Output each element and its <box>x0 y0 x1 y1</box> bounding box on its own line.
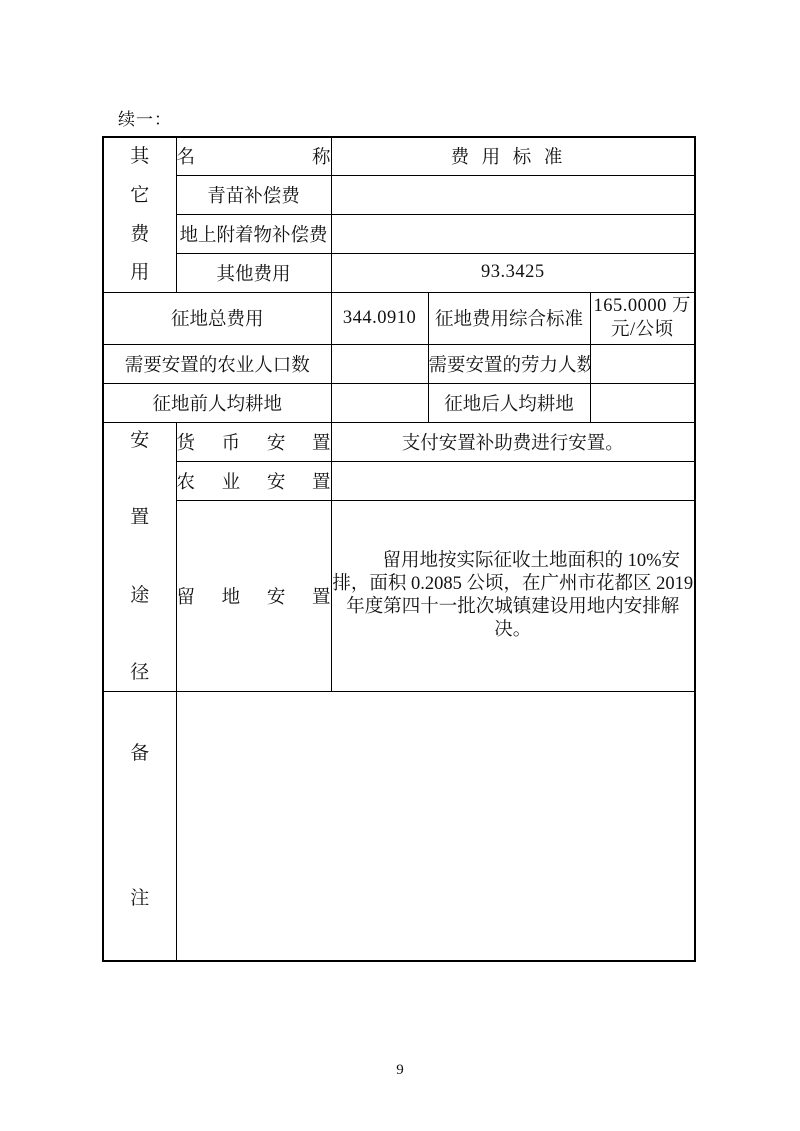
table-row: 备注 <box>103 691 695 961</box>
other-fees-group-label: 其它费用 <box>126 138 153 291</box>
table-row: 需要安置的农业人口数 需要安置的劳力人数 <box>103 344 695 383</box>
agri-population-label: 需要安置的农业人口数 <box>103 344 331 383</box>
monetary-resettlement-label: 货币安置 <box>176 422 331 461</box>
cultivated-before-value <box>331 383 428 422</box>
reserved-land-label: 留地安置 <box>176 500 331 691</box>
continuation-label: 续一： <box>118 105 172 130</box>
table-row: 农业安置 <box>103 461 695 500</box>
table-row: 安置途径 货币安置 支付安置补助费进行安置。 <box>103 422 695 461</box>
cultivated-before-label: 征地前人均耕地 <box>103 383 331 422</box>
resettlement-group-cell: 安置途径 <box>103 422 176 691</box>
resettlement-group-label: 安置途径 <box>126 423 153 690</box>
attachments-label: 地上附着物补偿费 <box>176 214 331 253</box>
young-crop-value <box>331 175 695 214</box>
total-fee-label: 征地总费用 <box>103 292 331 344</box>
attachments-value <box>331 214 695 253</box>
monetary-resettlement-value: 支付安置补助费进行安置。 <box>331 422 695 461</box>
labor-count-value <box>590 344 695 383</box>
table-row: 其它费用 名称 费用标准 <box>103 137 695 175</box>
other-fee-label: 其他费用 <box>176 253 331 292</box>
table-row: 地上附着物补偿费 <box>103 214 695 253</box>
agricultural-resettlement-value <box>331 461 695 500</box>
document-page: 续一： 其它费用 名称 费用标准 青苗补偿费 地上附着物补偿费 其他费用 93. <box>0 0 800 1131</box>
remarks-value <box>176 691 695 961</box>
agricultural-resettlement-label: 农业安置 <box>176 461 331 500</box>
cultivated-after-label: 征地后人均耕地 <box>428 383 590 422</box>
table-row: 征地总费用 344.0910 征地费用综合标准 165.0000 万 元/公顷 <box>103 292 695 344</box>
land-fee-table: 其它费用 名称 费用标准 青苗补偿费 地上附着物补偿费 其他费用 93.3425… <box>102 136 696 962</box>
table-row: 青苗补偿费 <box>103 175 695 214</box>
labor-count-label: 需要安置的劳力人数 <box>428 344 590 383</box>
fee-name-header: 名称 <box>176 137 331 175</box>
agri-population-value <box>331 344 428 383</box>
total-fee-value: 344.0910 <box>331 292 428 344</box>
page-number: 9 <box>0 1062 800 1079</box>
composite-standard-label: 征地费用综合标准 <box>428 292 590 344</box>
cultivated-after-value <box>590 383 695 422</box>
remarks-group-label: 备注 <box>126 692 153 960</box>
table-row: 其他费用 93.3425 <box>103 253 695 292</box>
reserved-land-value: 留用地按实际征收土地面积的 10%安排，面积 0.2085 公顷，在广州市花都区… <box>331 500 695 691</box>
remarks-group-cell: 备注 <box>103 691 176 961</box>
other-fees-group-cell: 其它费用 <box>103 137 176 292</box>
table-row: 征地前人均耕地 征地后人均耕地 <box>103 383 695 422</box>
other-fee-value: 93.3425 <box>331 253 695 292</box>
composite-standard-value: 165.0000 万 元/公顷 <box>590 292 695 344</box>
young-crop-label: 青苗补偿费 <box>176 175 331 214</box>
fee-standard-header: 费用标准 <box>331 137 695 175</box>
table-row: 留地安置 留用地按实际征收土地面积的 10%安排，面积 0.2085 公顷，在广… <box>103 500 695 691</box>
